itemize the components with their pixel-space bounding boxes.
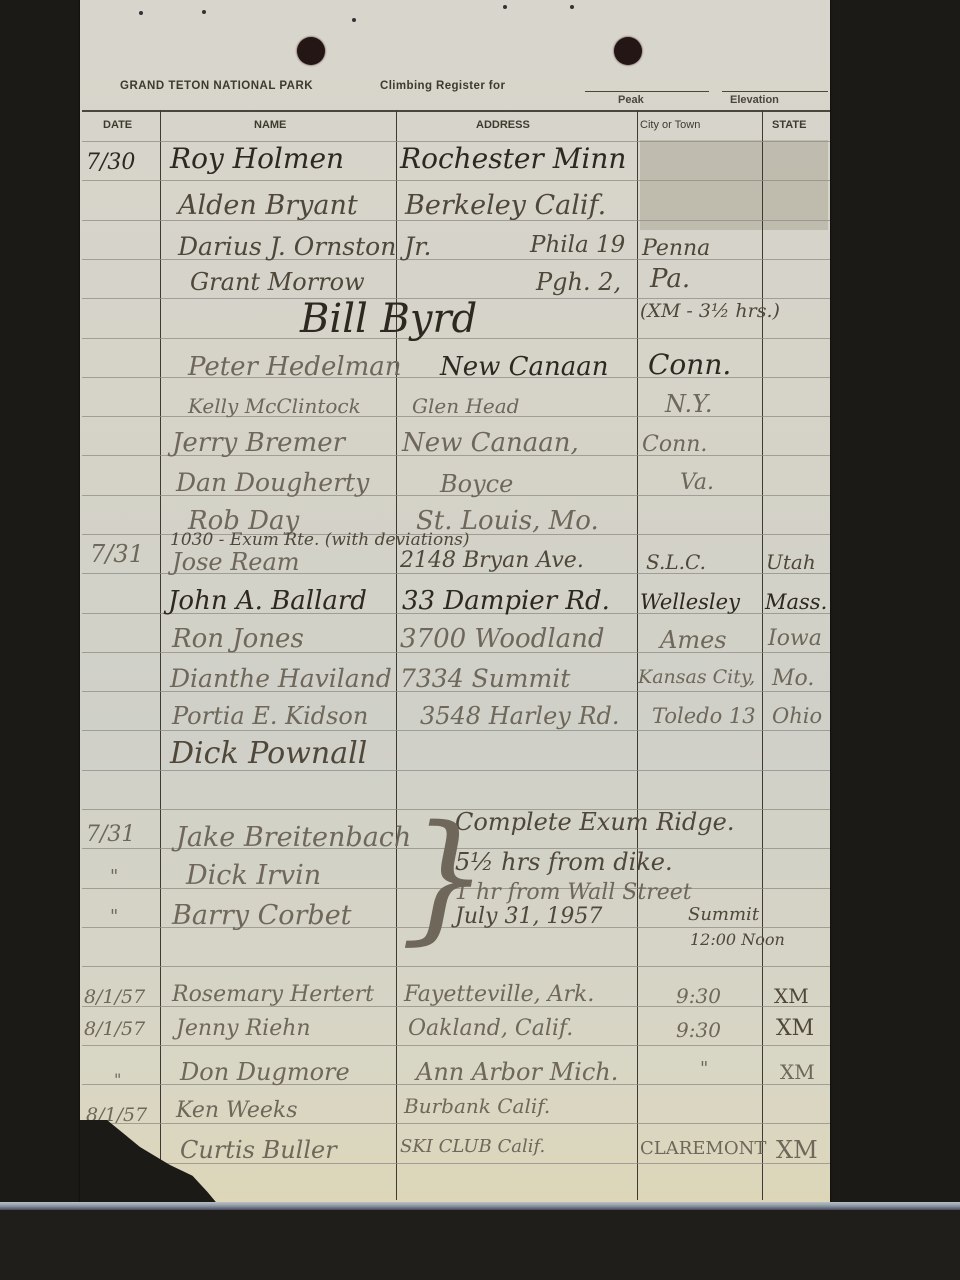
entry-address: Fayetteville, Ark. bbox=[404, 982, 594, 1007]
entry-city: CLAREMONT bbox=[640, 1138, 766, 1159]
mat-edge bbox=[0, 1202, 960, 1210]
entry-name: Roy Holmen bbox=[170, 142, 344, 175]
entry-city: N.Y. bbox=[665, 390, 712, 418]
column-divider bbox=[160, 110, 161, 1200]
entry-city: (XM - 3½ hrs.) bbox=[640, 300, 780, 322]
entry-date: 7/30 bbox=[86, 150, 135, 175]
pin-hole bbox=[352, 18, 356, 22]
entry-address: Burbank Calif. bbox=[404, 1094, 550, 1118]
entry-address: 2148 Bryan Ave. bbox=[400, 548, 584, 573]
entry-name: Jose Ream bbox=[172, 548, 300, 576]
entry-city: 9:30 bbox=[676, 984, 721, 1008]
background bbox=[0, 1210, 960, 1280]
entry-state: Mo. bbox=[772, 666, 814, 691]
entry-date: " bbox=[110, 906, 118, 927]
pin-hole bbox=[202, 10, 206, 14]
entry-address: 3700 Woodland bbox=[400, 624, 605, 654]
entry-city: " bbox=[700, 1058, 708, 1079]
entry-city: 9:30 bbox=[676, 1018, 721, 1042]
entry-name: Peter Hedelman bbox=[188, 352, 402, 382]
entry-date: " bbox=[110, 866, 118, 887]
entry-name: Alden Bryant bbox=[178, 190, 358, 221]
entry-name: Darius J. Ornston Jr. bbox=[178, 232, 431, 261]
entry-address: Glen Head bbox=[412, 394, 519, 418]
entry-address: New Canaan, bbox=[402, 428, 579, 458]
entry-city: Pa. bbox=[650, 264, 690, 294]
entry-state: XM bbox=[776, 1016, 814, 1041]
entry-state: Ohio bbox=[772, 704, 822, 728]
ruled-line bbox=[82, 180, 830, 181]
route-note: 1030 - Exum Rte. (with deviations) bbox=[170, 530, 470, 550]
summit-time: 12:00 Noon bbox=[690, 930, 785, 949]
entry-name: Dan Dougherty bbox=[176, 468, 369, 497]
column-header-name: NAME bbox=[254, 119, 286, 131]
entry-name: John A. Ballard bbox=[168, 586, 367, 616]
entry-state: Utah bbox=[766, 550, 816, 574]
column-divider bbox=[762, 110, 763, 1200]
entry-city: Va. bbox=[680, 470, 714, 495]
entry-name: Barry Corbet bbox=[172, 900, 352, 931]
entry-name: Don Dugmore bbox=[180, 1058, 350, 1086]
park-title: GRAND TETON NATIONAL PARK bbox=[120, 80, 313, 92]
ruled-line bbox=[82, 1045, 830, 1046]
entry-city: S.L.C. bbox=[646, 550, 706, 574]
entry-date: 8/1/57 bbox=[84, 1018, 145, 1040]
entry-name: Dick Pownall bbox=[170, 736, 367, 771]
entry-date: 7/31 bbox=[86, 822, 135, 847]
entry-date: 8/1/57 bbox=[84, 986, 145, 1008]
entry-address: Oakland, Calif. bbox=[408, 1016, 573, 1041]
peak-label: Peak bbox=[618, 94, 644, 106]
entry-city: Toledo 13 bbox=[652, 704, 756, 728]
entry-name: Rosemary Hertert bbox=[172, 982, 374, 1007]
column-header-city: City or Town bbox=[640, 119, 700, 131]
ruled-line bbox=[82, 966, 830, 967]
column-divider bbox=[637, 110, 638, 1200]
entry-name: Bill Byrd bbox=[300, 296, 477, 342]
entry-state: XM bbox=[776, 1136, 818, 1164]
entry-city: Kansas City, bbox=[638, 666, 755, 688]
entry-state: XM bbox=[774, 984, 809, 1008]
column-divider bbox=[396, 110, 397, 1200]
entry-city: Penna bbox=[642, 236, 710, 261]
entry-address: 7334 Summit bbox=[400, 664, 570, 693]
entry-state: XM bbox=[780, 1060, 815, 1084]
peak-blank bbox=[585, 91, 709, 92]
binder-hole-right bbox=[614, 37, 642, 65]
climb-note: 1 hr from Wall Street bbox=[455, 880, 692, 905]
header-rule bbox=[82, 110, 830, 112]
entry-name: Grant Morrow bbox=[190, 268, 365, 296]
entry-name: Jake Breitenbach bbox=[176, 822, 411, 853]
elevation-label: Elevation bbox=[730, 94, 779, 106]
entry-address: Ann Arbor Mich. bbox=[416, 1058, 618, 1086]
pin-hole bbox=[570, 5, 574, 9]
binder-hole-left bbox=[297, 37, 325, 65]
entry-address: Rochester Minn bbox=[400, 142, 626, 175]
climb-note: Complete Exum Ridge. bbox=[455, 808, 735, 836]
ruled-line bbox=[82, 730, 830, 731]
elevation-blank bbox=[722, 91, 828, 92]
entry-address: Boyce bbox=[440, 470, 513, 498]
entry-city: Wellesley bbox=[640, 590, 740, 614]
column-header-date: DATE bbox=[103, 119, 132, 131]
ruled-line bbox=[82, 1123, 830, 1124]
entry-address: Berkeley Calif. bbox=[405, 190, 606, 221]
entry-address: 33 Dampier Rd. bbox=[402, 586, 610, 616]
entry-city: Ames bbox=[660, 626, 727, 654]
entry-name: Portia E. Kidson bbox=[172, 702, 368, 730]
column-header-state: STATE bbox=[772, 119, 806, 131]
pin-hole bbox=[503, 5, 507, 9]
entry-name: Ron Jones bbox=[172, 624, 304, 654]
entry-name: Dianthe Haviland bbox=[170, 664, 392, 693]
water-stain bbox=[640, 140, 828, 230]
entry-city: Conn. bbox=[642, 432, 707, 457]
entry-date: " bbox=[114, 1070, 121, 1089]
register-label: Climbing Register for bbox=[380, 80, 505, 92]
entry-name: Dick Irvin bbox=[186, 860, 321, 891]
entry-name: Jerry Bremer bbox=[172, 428, 345, 458]
entry-city: Conn. bbox=[648, 348, 731, 381]
brace: } bbox=[400, 808, 489, 948]
entry-address: New Canaan bbox=[440, 352, 609, 382]
entry-address: Pgh. 2, bbox=[536, 268, 621, 296]
entry-address: SKI CLUB Calif. bbox=[400, 1136, 545, 1157]
entry-name: Curtis Buller bbox=[180, 1136, 337, 1164]
pin-hole bbox=[139, 11, 143, 15]
entry-date: 7/31 bbox=[90, 540, 144, 568]
entry-address: Phila 19 bbox=[530, 232, 625, 258]
entry-name: Jenny Riehn bbox=[176, 1016, 311, 1041]
entry-name: Kelly McClintock bbox=[188, 394, 361, 418]
entry-address: 3548 Harley Rd. bbox=[420, 702, 620, 730]
column-header-address: ADDRESS bbox=[476, 119, 530, 131]
entry-state: Mass. bbox=[765, 590, 827, 614]
entry-name: Ken Weeks bbox=[176, 1098, 298, 1123]
summit-label: Summit bbox=[688, 904, 759, 925]
entry-state: Iowa bbox=[768, 626, 822, 651]
